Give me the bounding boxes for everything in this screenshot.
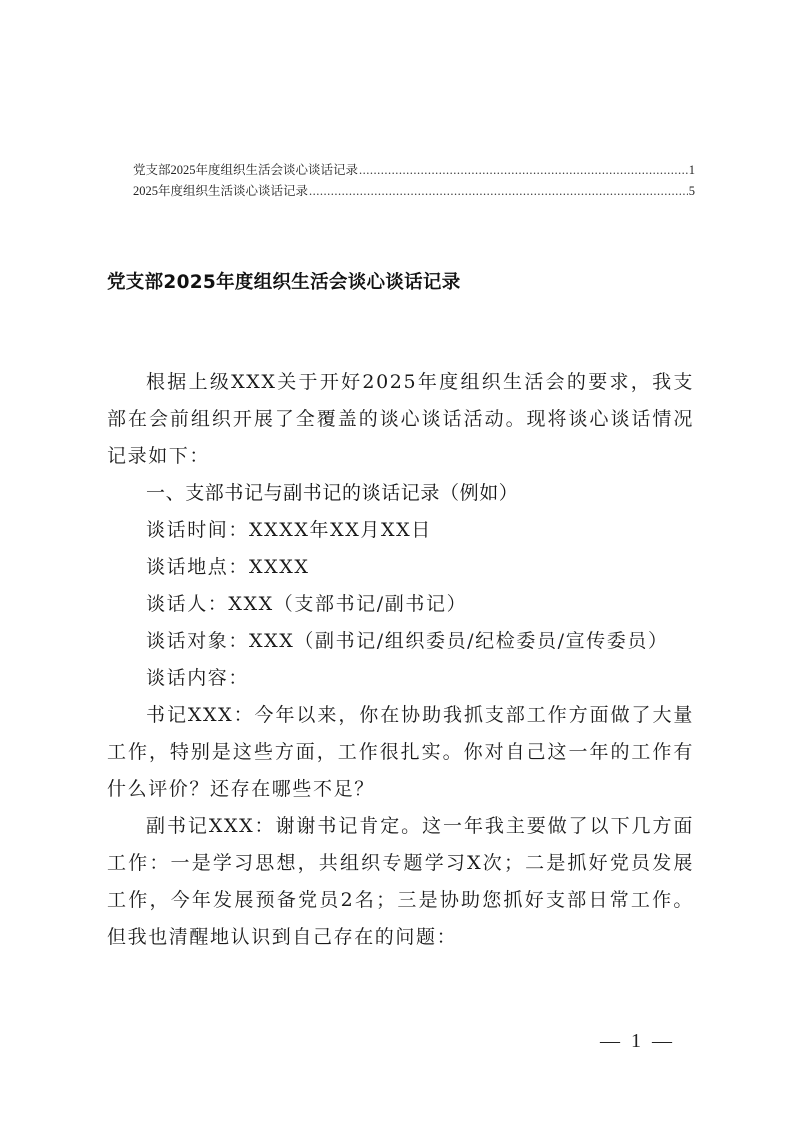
toc-entry[interactable]: 2025年度组织生活谈心谈话记录 5 xyxy=(133,181,695,202)
toc-entry-page: 1 xyxy=(689,160,695,181)
intro-paragraph: 根据上级XXX关于开好2025年度组织生活会的要求，我支部在会前组织开展了全覆盖… xyxy=(107,364,694,475)
section-heading: 一、支部书记与副书记的谈话记录（例如） xyxy=(107,475,694,512)
toc-leader-dots xyxy=(309,181,688,202)
toc-entry-title: 2025年度组织生活谈心谈话记录 xyxy=(133,181,308,202)
document-page: 党支部2025年度组织生活会谈心谈话记录 1 2025年度组织生活谈心谈话记录 … xyxy=(0,0,793,1122)
page-number: — 1 — xyxy=(600,1030,675,1053)
toc-entry[interactable]: 党支部2025年度组织生活会谈心谈话记录 1 xyxy=(133,160,695,181)
dialogue-paragraph: 副书记XXX：谢谢书记肯定。这一年我主要做了以下几方面工作：一是学习思想，共组织… xyxy=(107,808,694,956)
document-title: 党支部2025年度组织生活会谈心谈话记录 xyxy=(107,268,461,294)
document-body: 根据上级XXX关于开好2025年度组织生活会的要求，我支部在会前组织开展了全覆盖… xyxy=(107,364,694,956)
talk-speaker: 谈话人：XXX（支部书记/副书记） xyxy=(107,586,694,623)
talk-place: 谈话地点：XXXX xyxy=(107,549,694,586)
talk-time: 谈话时间：XXXX年XX月XX日 xyxy=(107,512,694,549)
toc-leader-dots xyxy=(359,160,688,181)
talk-content-label: 谈话内容： xyxy=(107,660,694,697)
toc-entry-title: 党支部2025年度组织生活会谈心谈话记录 xyxy=(133,160,358,181)
talk-target: 谈话对象：XXX（副书记/组织委员/纪检委员/宣传委员） xyxy=(107,623,694,660)
dialogue-paragraph: 书记XXX：今年以来，你在协助我抓支部工作方面做了大量工作，特别是这些方面，工作… xyxy=(107,697,694,808)
toc-entry-page: 5 xyxy=(689,181,695,202)
table-of-contents: 党支部2025年度组织生活会谈心谈话记录 1 2025年度组织生活谈心谈话记录 … xyxy=(133,160,695,202)
